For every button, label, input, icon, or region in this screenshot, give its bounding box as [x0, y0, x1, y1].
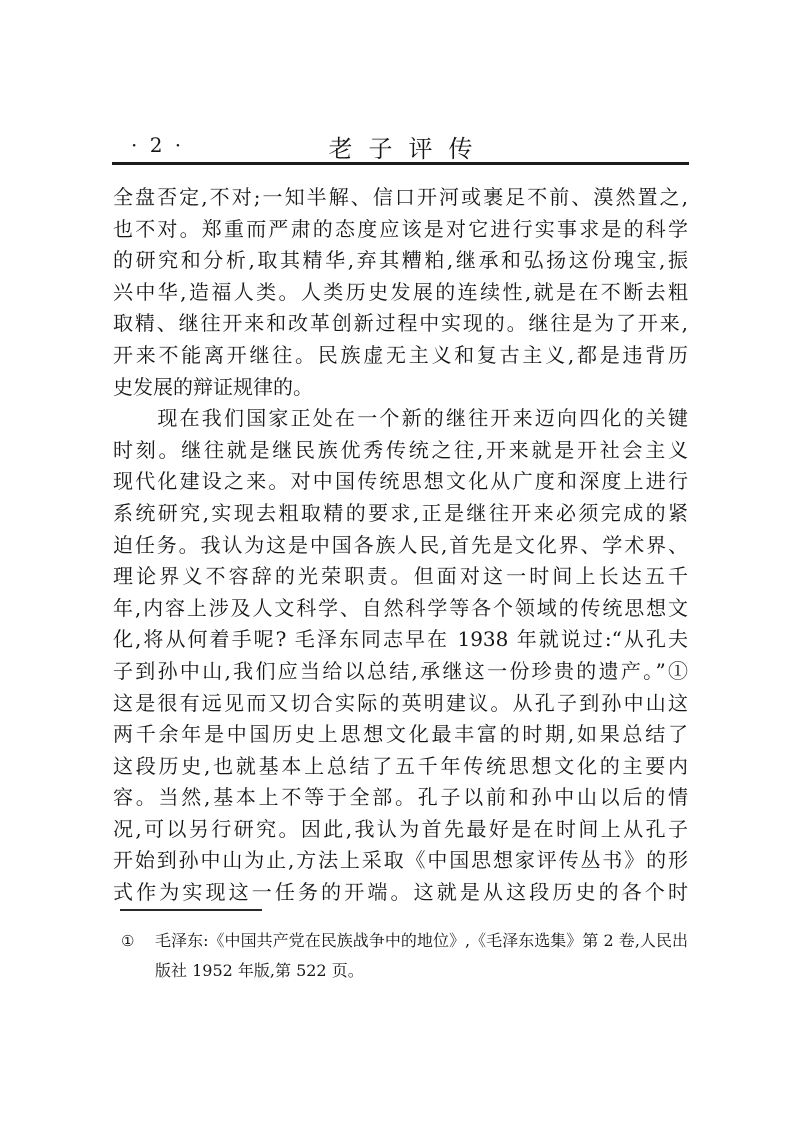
footnote-marker: ①	[121, 926, 155, 986]
paragraph-1: 全盘否定,不对;一知半解、信口开河或裹足不前、漠然置之,也不对。郑重而严肃的态度…	[113, 182, 688, 403]
body-text: 全盘否定,不对;一知半解、信口开河或裹足不前、漠然置之,也不对。郑重而严肃的态度…	[113, 182, 688, 909]
header-rule	[112, 162, 689, 165]
paragraph-2: 现在我们国家正处在一个新的继往开来迈向四化的关键时刻。继往就是继民族优秀传统之往…	[113, 403, 688, 909]
book-page: · 2 · 老子评传 全盘否定,不对;一知半解、信口开河或裹足不前、漠然置之,也…	[0, 0, 793, 1122]
footnote: ① 毛泽东:《中国共产党在民族战争中的地位》,《毛泽东选集》第 2 卷,人民出版…	[121, 926, 688, 986]
footnote-text: 毛泽东:《中国共产党在民族战争中的地位》,《毛泽东选集》第 2 卷,人民出版社 …	[155, 926, 688, 986]
running-title: 老子评传	[113, 129, 688, 164]
footnote-separator-rule	[120, 909, 262, 911]
